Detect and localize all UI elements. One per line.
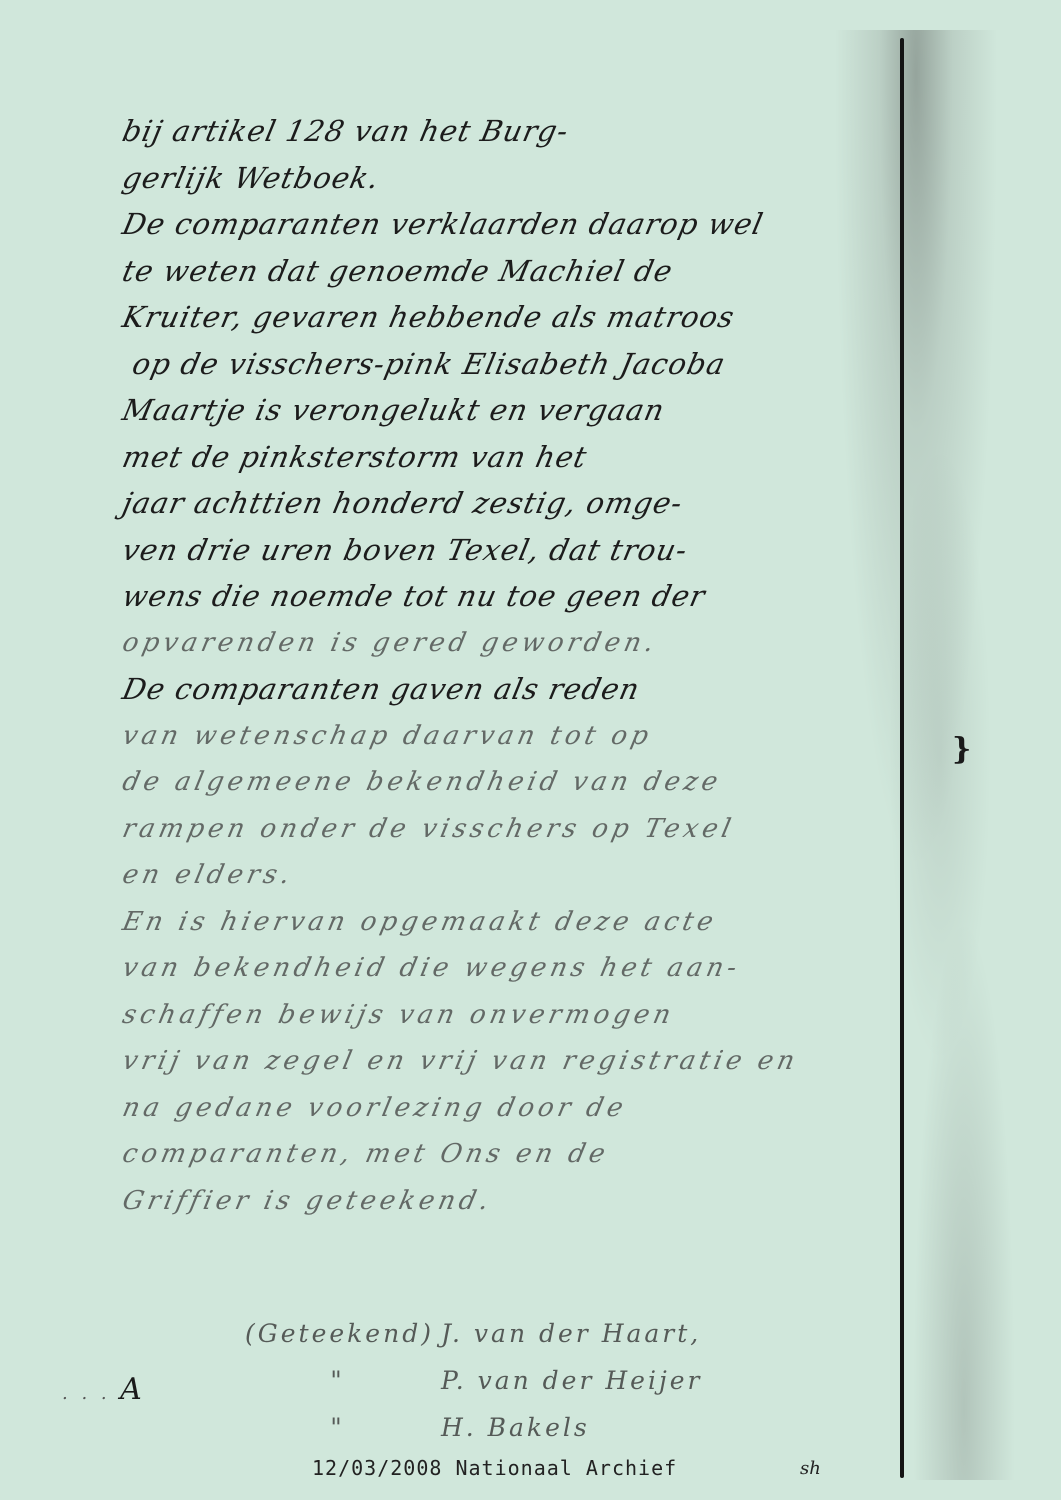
text-line: rampen onder de visschers op Texel	[118, 806, 908, 853]
text-line: van wetenschap daarvan tot op	[118, 713, 908, 760]
text-line: van bekendheid die wegens het aan-	[118, 945, 908, 992]
signature-line: " H. Bakels	[245, 1404, 702, 1451]
signature-prefix: (Geteekend)	[245, 1310, 430, 1357]
margin-dots: . . .	[62, 1383, 111, 1404]
text-line: opvarenden is gered geworden.	[118, 620, 908, 667]
margin-bracket-mark: }	[952, 732, 971, 767]
text-line: vrij van zegel en vrij van registratie e…	[118, 1038, 908, 1085]
signature-prefix: "	[245, 1404, 430, 1451]
text-line: gerlijk Wetboek.	[118, 155, 908, 202]
margin-letter: A	[120, 1372, 142, 1407]
stamp-initials: sh	[800, 1458, 821, 1479]
text-line: schaffen bewijs van onvermogen	[118, 992, 908, 1039]
document-page: bij artikel 128 van het Burg- gerlijk We…	[0, 0, 1061, 1500]
text-line: de algemeene bekendheid van deze	[118, 759, 908, 806]
text-line: Maartje is verongelukt en vergaan	[118, 387, 908, 434]
handwritten-body: bij artikel 128 van het Burg- gerlijk We…	[118, 108, 898, 1224]
text-line: Kruiter, gevaren hebbende als matroos	[118, 294, 908, 341]
signature-name: P. van der Heijer	[441, 1366, 703, 1395]
text-line: wens die noemde tot nu toe geen der	[118, 573, 908, 620]
signature-line: (Geteekend) J. van der Haart,	[245, 1310, 702, 1357]
signatures: (Geteekend) J. van der Haart, " P. van d…	[245, 1310, 702, 1451]
text-line: op de visschers-pink Elisabeth Jacoba	[118, 341, 908, 388]
text-line: jaar achttien honderd zestig, omge-	[118, 480, 908, 527]
left-margin-mark: . . . A	[62, 1372, 142, 1407]
text-line: De comparanten verklaarden daarop wel	[118, 201, 908, 248]
text-line: ven drie uren boven Texel, dat trou-	[118, 527, 908, 574]
signature-name: H. Bakels	[441, 1413, 590, 1442]
archive-stamp: 12/03/2008 Nationaal Archief	[312, 1456, 677, 1480]
text-line: met de pinksterstorm van het	[118, 434, 908, 481]
text-line: En is hiervan opgemaakt deze acte	[118, 899, 908, 946]
signature-prefix: "	[245, 1357, 430, 1404]
text-line: Griffier is geteekend.	[118, 1178, 908, 1225]
signature-line: " P. van der Heijer	[245, 1357, 702, 1404]
text-line: na gedane voorlezing door de	[118, 1085, 908, 1132]
text-line: comparanten, met Ons en de	[118, 1131, 908, 1178]
signature-name: J. van der Haart,	[441, 1319, 701, 1348]
text-line: De comparanten gaven als reden	[118, 666, 908, 713]
text-line: en elders.	[118, 852, 908, 899]
text-line: te weten dat genoemde Machiel de	[118, 248, 908, 295]
text-line: bij artikel 128 van het Burg-	[118, 108, 908, 155]
